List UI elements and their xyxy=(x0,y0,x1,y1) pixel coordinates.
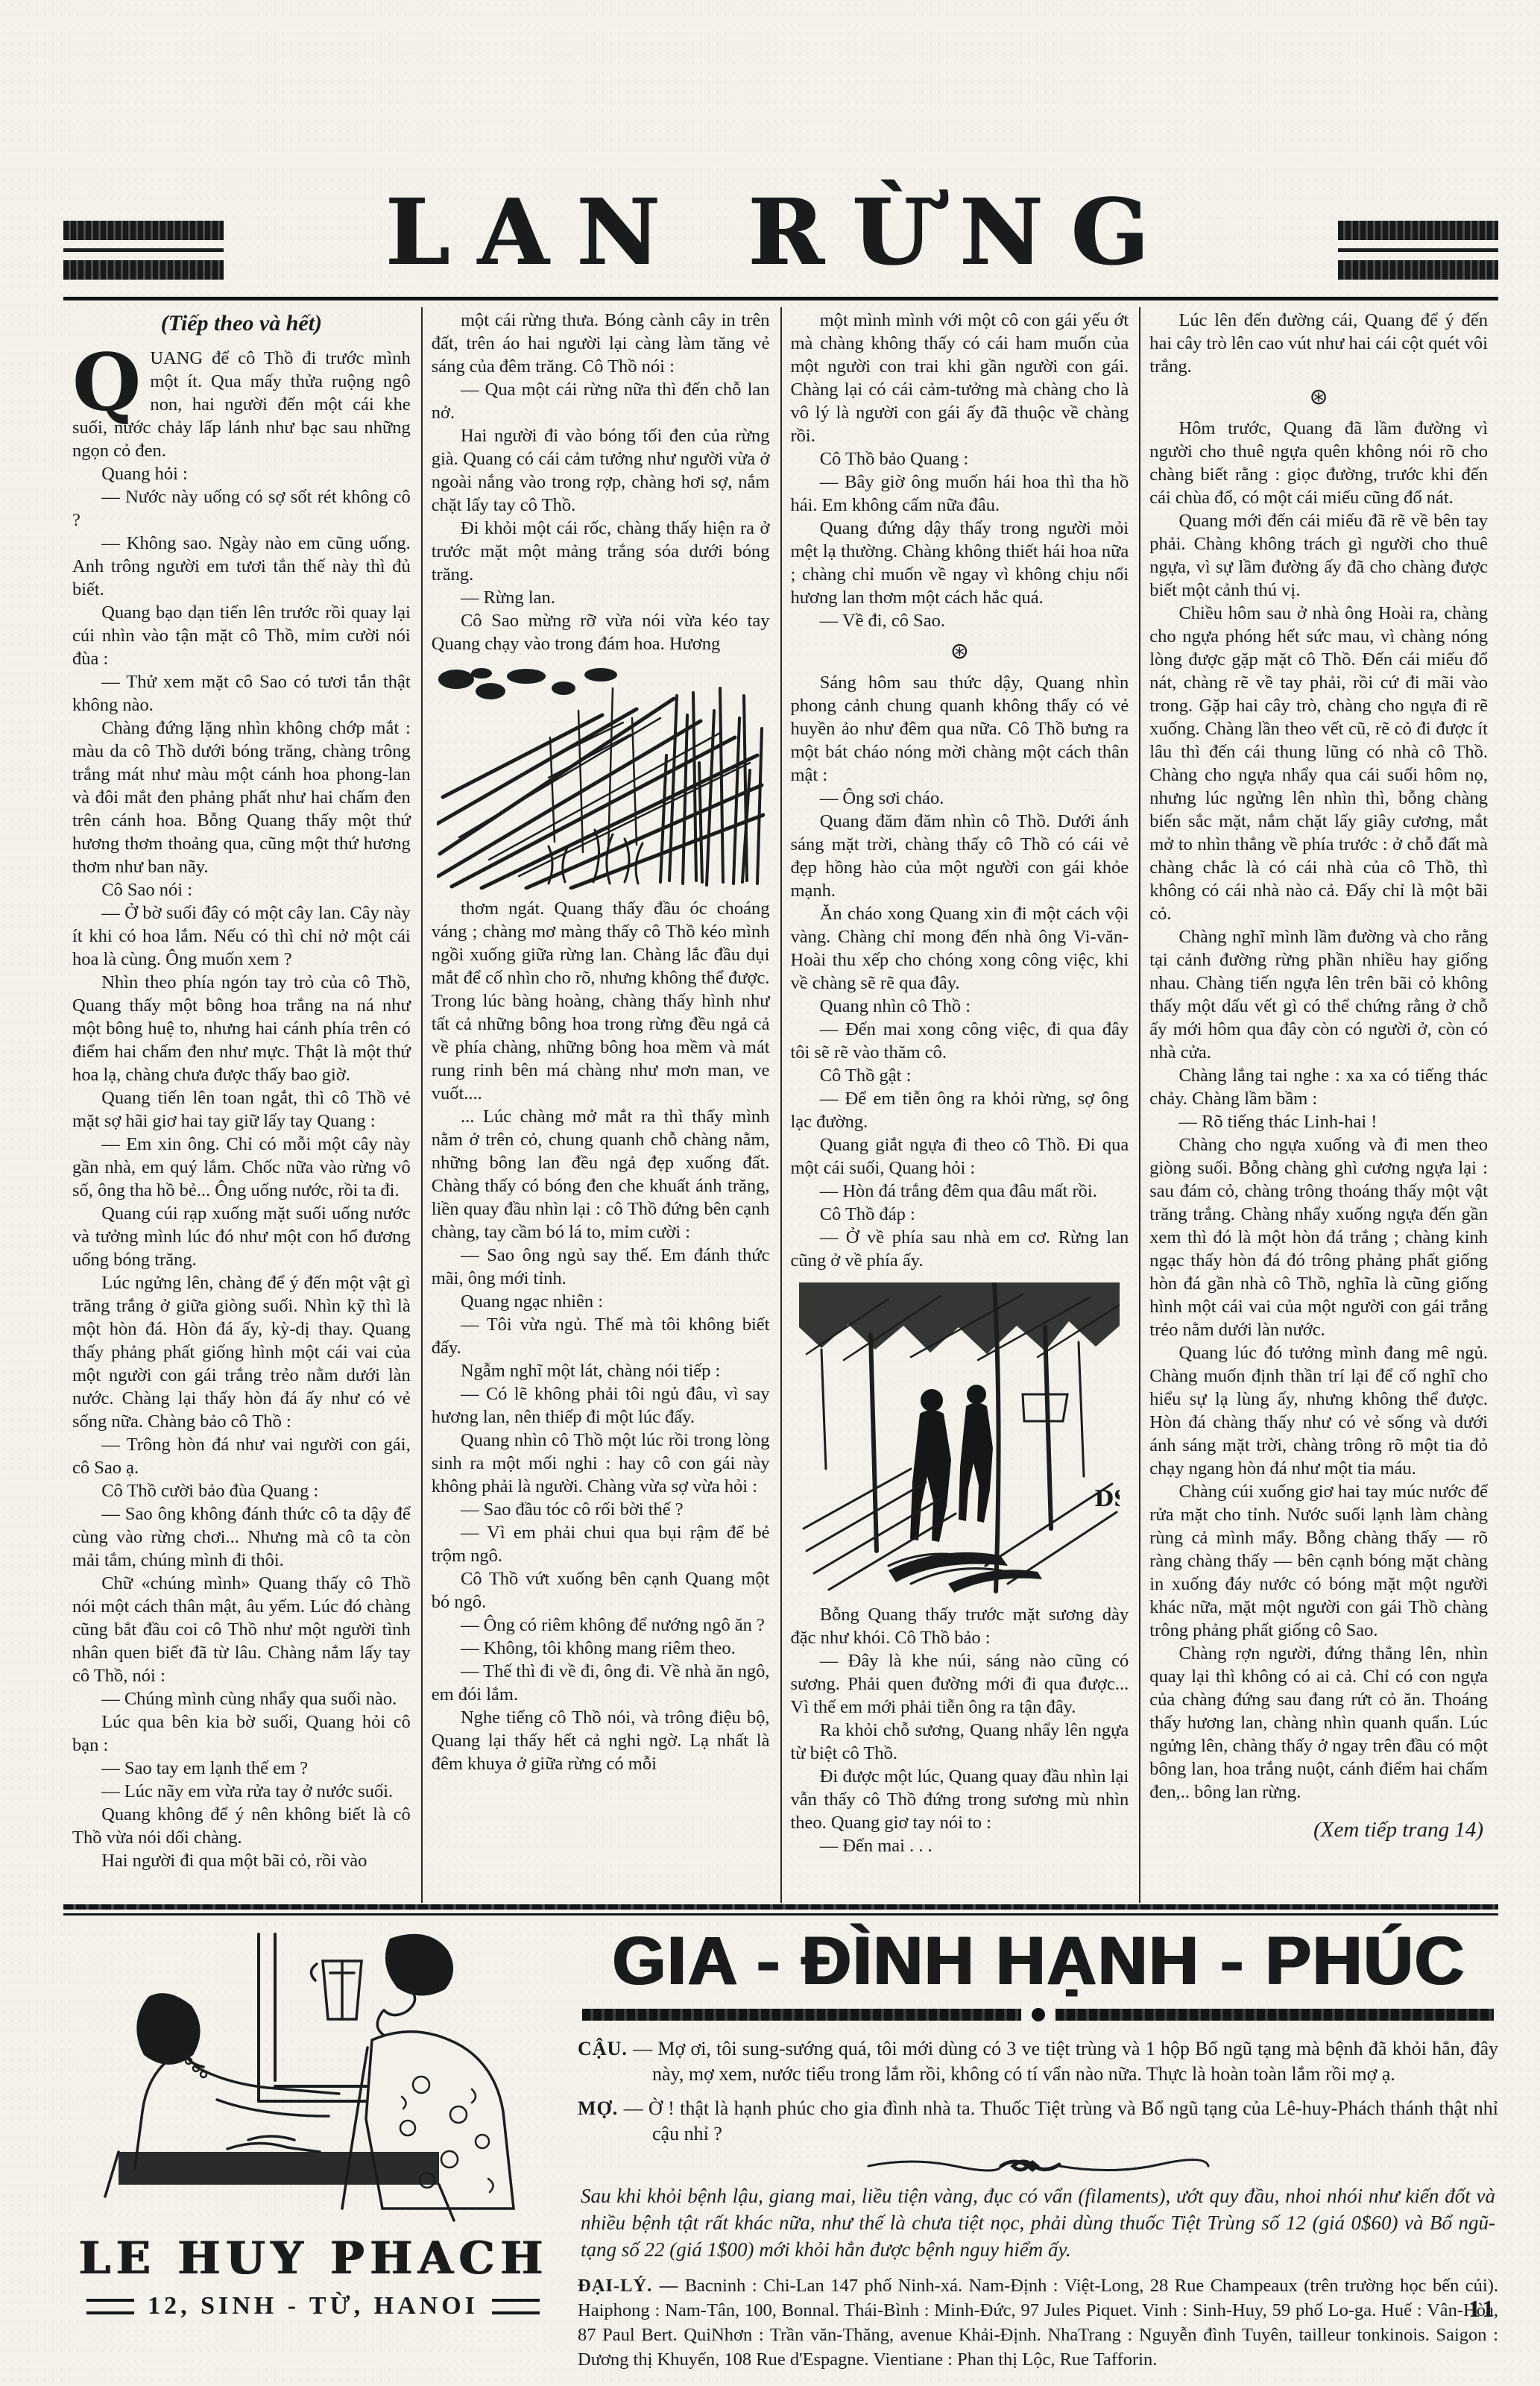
story-paragraph: Chiều hôm sau ở nhà ông Hoài ra, chàng c… xyxy=(1149,602,1488,925)
advert-dialog: CẬU. — Mợ ơi, tôi sung-sướng quá, tôi mớ… xyxy=(578,2036,1498,2147)
story-paragraph: — Có lẽ không phải tôi ngủ đâu, vì say h… xyxy=(432,1382,770,1429)
story-paragraph: Chữ «chúng mình» Quang thấy cô Thồ nói m… xyxy=(72,1572,411,1687)
story-paragraph: Quang giắt ngựa đi theo cô Thồ. Đi qua m… xyxy=(791,1133,1129,1180)
story-paragraph: — Không sao. Ngày nào em cũng uống. Anh … xyxy=(72,532,411,601)
story-paragraph: Lúc ngửng lên, chàng để ý đến một vật gì… xyxy=(72,1271,411,1433)
page-title: LAN RỪNG xyxy=(63,183,1498,280)
story-paragraph: Quang bạo dạn tiến lên trước rồi quay lạ… xyxy=(72,601,411,670)
advertiser-address: 12, SINH - TỪ, HANOI xyxy=(148,2292,479,2320)
newspaper-page: LAN RỪNG (Tiếp theo và hết) QUANG để cô … xyxy=(0,0,1540,2386)
dropcap-letter: Q xyxy=(72,347,150,414)
story-paragraph: Bỗng Quang thấy trước mặt sương dày đặc … xyxy=(791,1603,1129,1649)
story-paragraph: Quang tiến lên toan ngắt, thì cô Thồ vẻ … xyxy=(72,1086,411,1133)
story-paragraph: — Đây là khe núi, sáng nào cũng có sương… xyxy=(791,1649,1129,1719)
dialog-line: CẬU. — Mợ ơi, tôi sung-sướng quá, tôi mớ… xyxy=(578,2036,1498,2087)
story-paragraph: Cô Thồ cười bảo đùa Quang : xyxy=(72,1479,411,1502)
family-advert-illustration xyxy=(71,1928,540,2223)
section-separator xyxy=(63,1904,1498,1916)
story-paragraph: — Tôi vừa ngủ. Thế mà tôi không biết đấy… xyxy=(432,1313,770,1359)
story-paragraph: Hai người đi qua một bãi cỏ, rồi vào xyxy=(72,1849,411,1872)
story-paragraph: — Ông có riêm không để nướng ngô ăn ? xyxy=(432,1614,770,1637)
story-paragraph: Quang đăm đăm nhìn cô Thồ. Dưới ánh sáng… xyxy=(791,810,1129,902)
story-column-1: (Tiếp theo và hết) QUANG để cô Thồ đi tr… xyxy=(63,307,421,1903)
story-paragraph: — Ở về phía sau nhà em cơ. Rừng lan cũng… xyxy=(791,1226,1129,1272)
story-paragraph: Quang cúi rạp xuống mặt suối uống nước v… xyxy=(72,1202,411,1271)
dialog-text: — Ờ ! thật là hạnh phúc cho gia đình nhà… xyxy=(624,2097,1498,2144)
double-dash-ornament xyxy=(86,2299,134,2314)
story-paragraph: Chàng nghĩ mình lầm đường và cho rằng tạ… xyxy=(1149,925,1488,1064)
story-paragraph: Hai người đi vào bóng tối đen của rừng g… xyxy=(432,424,770,517)
advert-headline-underline xyxy=(582,2008,1494,2021)
story-paragraph: Chàng rợn người, đứng thẳng lên, nhìn qu… xyxy=(1149,1642,1488,1804)
story-paragraph: Quang đứng dậy thấy trong người mỏi mệt … xyxy=(791,517,1129,609)
advert-left-block: LE HUY PHACH 12, SINH - TỪ, HANOI xyxy=(71,1928,555,2320)
agents-label: ĐẠI-LÝ. — xyxy=(578,2276,678,2296)
continuation-note: (Xem tiếp trang 14) xyxy=(1149,1819,1488,1842)
story-paragraph: Lúc lên đến đường cái, Quang để ý đến ha… xyxy=(1149,309,1488,378)
story-paragraph: — Lúc nãy em vừa rửa tay ở nước suối. xyxy=(72,1780,411,1803)
column-3-bottom-paragraphs: Bỗng Quang thấy trước mặt sương dày đặc … xyxy=(791,1603,1129,1857)
story-paragraph: — Đến mai . . . xyxy=(791,1834,1129,1857)
column-3-mid-paragraphs: Sáng hôm sau thức dậy, Quang nhìn phong … xyxy=(791,671,1129,1272)
story-paragraph: — Ở bờ suối đây có một cây lan. Cây này … xyxy=(72,901,411,971)
story-paragraph: Quang lúc đó tưởng mình đang mê ngủ. Chà… xyxy=(1149,1341,1488,1480)
story-paragraph: Ra khỏi chỗ sương, Quang nhẩy lên ngựa t… xyxy=(791,1719,1129,1765)
story-paragraph: — Sao ông ngủ say thế. Em đánh thức mãi,… xyxy=(432,1244,770,1290)
agents-list: Bacninh : Chi-Lan 147 phố Ninh-xá. Nam-Đ… xyxy=(578,2276,1498,2370)
advertiser-brand: LE HUY PHACH xyxy=(71,2232,555,2285)
story-paragraph: — Để em tiễn ông ra khỏi rừng, sợ ông lạ… xyxy=(791,1087,1129,1133)
column-4-top-paragraphs: Lúc lên đến đường cái, Quang để ý đến ha… xyxy=(1149,309,1488,378)
story-paragraph: Chàng lắng tai nghe : xa xa có tiếng thá… xyxy=(1149,1064,1488,1110)
story-paragraph: Sáng hôm sau thức dậy, Quang nhìn phong … xyxy=(791,671,1129,787)
section-ornament-icon: ⊛ xyxy=(791,637,1129,667)
dialog-line: MỢ. — Ờ ! thật là hạnh phúc cho gia đình… xyxy=(578,2096,1498,2147)
story-paragraph: — Ông sơi cháo. xyxy=(791,787,1129,810)
story-paragraph: — Đến mai xong công việc, đi qua đây tôi… xyxy=(791,1018,1129,1064)
story-paragraph: — Sao ông không đánh thức cô ta dậy để c… xyxy=(72,1502,411,1572)
story-paragraph: Cô Thồ vứt xuống bên cạnh Quang một bó n… xyxy=(432,1567,770,1614)
decorative-divider-icon xyxy=(867,2156,1210,2175)
story-paragraph: — Về đi, cô Sao. xyxy=(791,609,1129,632)
dialog-speaker: CẬU. xyxy=(578,2038,628,2059)
story-paragraph: — Trông hòn đá như vai người con gái, cô… xyxy=(72,1433,411,1479)
advert-body-text: Sau khi khỏi bệnh lậu, giang mai, liều t… xyxy=(581,2182,1495,2263)
lead-paragraph: QUANG để cô Thồ đi trước mình một ít. Qu… xyxy=(72,347,411,462)
story-paragraph: — Thế thì đi về đi, ông đi. Về nhà ăn ng… xyxy=(432,1660,770,1706)
story-paragraph: — Không, tôi không mang riêm theo. xyxy=(432,1637,770,1660)
underline-bar xyxy=(1055,2009,1495,2021)
story-column-4: Lúc lên đến đường cái, Quang để ý đến ha… xyxy=(1139,307,1498,1903)
story-paragraph: — Bây giờ ông muốn hái hoa thì tha hồ há… xyxy=(791,470,1129,517)
story-paragraph: ... Lúc chàng mở mắt ra thì thấy mình nằ… xyxy=(432,1105,770,1244)
story-paragraph: Cô Sao mừng rỡ vừa nói vừa kéo tay Quang… xyxy=(432,609,770,655)
underline-bar xyxy=(582,2009,1021,2021)
column-3-top-paragraphs: một mình mình với một cô con gái yếu ớt … xyxy=(791,309,1129,632)
advertisement: LE HUY PHACH 12, SINH - TỪ, HANOI GIA - … xyxy=(63,1925,1498,2373)
story-paragraph: Chàng cúi xuống giơ hai tay múc nước để … xyxy=(1149,1480,1488,1642)
rule-bar xyxy=(1338,221,1498,240)
story-paragraph: một mình mình với một cô con gái yếu ớt … xyxy=(791,309,1129,447)
illustrator-signature: DS xyxy=(1094,1486,1120,1512)
column-2-top-paragraphs: một cái rừng thưa. Bóng cành cây in trên… xyxy=(432,309,770,655)
advert-headline: GIA - ĐÌNH HẠNH - PHÚC xyxy=(578,1925,1498,1998)
story-paragraph: Ăn cháo xong Quang xin đi một cách vội v… xyxy=(791,902,1129,995)
masthead-right-rules xyxy=(1338,221,1498,280)
separator-textured-rule xyxy=(63,1904,1498,1910)
story-paragraph: — Vì em phải chui qua bụi rậm để bẻ trộm… xyxy=(432,1521,770,1567)
story-paragraph: Đi được một lúc, Quang quay đầu nhìn lại… xyxy=(791,1765,1129,1834)
story-paragraph: — Em xin ông. Chỉ có mỗi một cây này gần… xyxy=(72,1133,411,1202)
column-1-paragraphs: Quang hỏi :— Nước này uống có sợ sốt rét… xyxy=(72,462,411,1872)
story-paragraph: — Hòn đá trắng đêm qua đâu mất rồi. xyxy=(791,1180,1129,1203)
story-paragraph: — Sao đầu tóc cô rối bời thế ? xyxy=(432,1498,770,1521)
story-paragraph: Cô Thồ bảo Quang : xyxy=(791,447,1129,470)
story-paragraph: — Thử xem mặt cô Sao có tươi tắn thật kh… xyxy=(72,670,411,717)
story-paragraph: Nghe tiếng cô Thồ nói, và trông điệu bộ,… xyxy=(432,1706,770,1775)
separator-solid-rule xyxy=(63,1913,1498,1916)
story-paragraph: Ngẫm nghĩ một lát, chàng nói tiếp : xyxy=(432,1359,770,1382)
story-paragraph: Quang nhìn cô Thồ một lúc rồi trong lòng… xyxy=(432,1429,770,1498)
rule-bar-thin xyxy=(1338,248,1498,252)
story-paragraph: — Nước này uống có sợ sốt rét không cô ? xyxy=(72,485,411,532)
advertiser-address-row: 12, SINH - TỪ, HANOI xyxy=(71,2292,555,2320)
story-column-3: một mình mình với một cô con gái yếu ớt … xyxy=(780,307,1140,1903)
story-column-2: một cái rừng thưa. Bóng cành cây in trên… xyxy=(421,307,780,1903)
story-paragraph: Quang mới đến cái miếu đã rẽ về bên tay … xyxy=(1149,509,1488,602)
story-paragraph: Quang ngạc nhiên : xyxy=(432,1290,770,1313)
story-paragraph: Quang hỏi : xyxy=(72,462,411,485)
section-ornament-icon: ⊛ xyxy=(1149,383,1488,412)
advert-right-block: GIA - ĐÌNH HẠNH - PHÚC CẬU. — Mợ ơi, tôi… xyxy=(578,1925,1498,2372)
story-paragraph: Chàng cho ngựa xuống và đi men theo giòn… xyxy=(1149,1133,1488,1341)
story-paragraph: Chàng đứng lặng nhìn không chớp mắt : mà… xyxy=(72,717,411,878)
story-paragraph: — Qua một cái rừng nữa thì đến chỗ lan n… xyxy=(432,378,770,424)
forest-walk-illustration: DS xyxy=(799,1282,1120,1596)
orchid-field-illustration xyxy=(437,666,765,890)
story-paragraph: — Rừng lan. xyxy=(432,586,770,609)
story-paragraph: Hôm trước, Quang đã lầm đường vì người c… xyxy=(1149,417,1488,509)
story-paragraph: một cái rừng thưa. Bóng cành cây in trên… xyxy=(432,309,770,378)
story-paragraph: Quang nhìn cô Thồ : xyxy=(791,995,1129,1018)
rule-bar xyxy=(1338,260,1498,280)
double-dash-ornament xyxy=(492,2299,540,2314)
story-paragraph: Cô Sao nói : xyxy=(72,878,411,901)
column-4-bottom-paragraphs: Hôm trước, Quang đã lầm đường vì người c… xyxy=(1149,417,1488,1804)
story-paragraph: thơm ngát. Quang thấy đầu óc choáng váng… xyxy=(432,897,770,1105)
story-paragraph: — Rõ tiếng thác Linh-hai ! xyxy=(1149,1110,1488,1133)
dialog-speaker: MỢ. xyxy=(578,2097,618,2119)
story-paragraph: Cô Thồ đáp : xyxy=(791,1203,1129,1226)
story-paragraph: — Chúng mình cùng nhẩy qua suối nào. xyxy=(72,1687,411,1710)
masthead: LAN RỪNG xyxy=(63,179,1498,295)
story-paragraph: Đi khỏi một cái rốc, chàng thấy hiện ra … xyxy=(432,517,770,586)
story-paragraph: Lúc qua bên kia bờ suối, Quang hỏi cô bạ… xyxy=(72,1710,411,1757)
story-subtitle: (Tiếp theo và hết) xyxy=(72,312,411,335)
dialog-text: — Mợ ơi, tôi sung-sướng quá, tôi mới dùn… xyxy=(633,2038,1498,2085)
story-columns: (Tiếp theo và hết) QUANG để cô Thồ đi tr… xyxy=(63,307,1498,1903)
advert-agents: ĐẠI-LÝ. — Bacninh : Chi-Lan 147 phố Ninh… xyxy=(578,2273,1498,2372)
masthead-underline xyxy=(63,297,1498,300)
story-paragraph: — Sao tay em lạnh thế em ? xyxy=(72,1757,411,1780)
story-paragraph: Quang không để ý nên không biết là cô Th… xyxy=(72,1803,411,1849)
story-paragraph: Nhìn theo phía ngón tay trỏ của cô Thồ, … xyxy=(72,971,411,1086)
page-number: 11 xyxy=(1468,2295,1497,2323)
underline-dot xyxy=(1032,2008,1045,2021)
story-paragraph: Cô Thồ gật : xyxy=(791,1064,1129,1087)
column-2-bottom-paragraphs: thơm ngát. Quang thấy đầu óc choáng váng… xyxy=(432,897,770,1775)
